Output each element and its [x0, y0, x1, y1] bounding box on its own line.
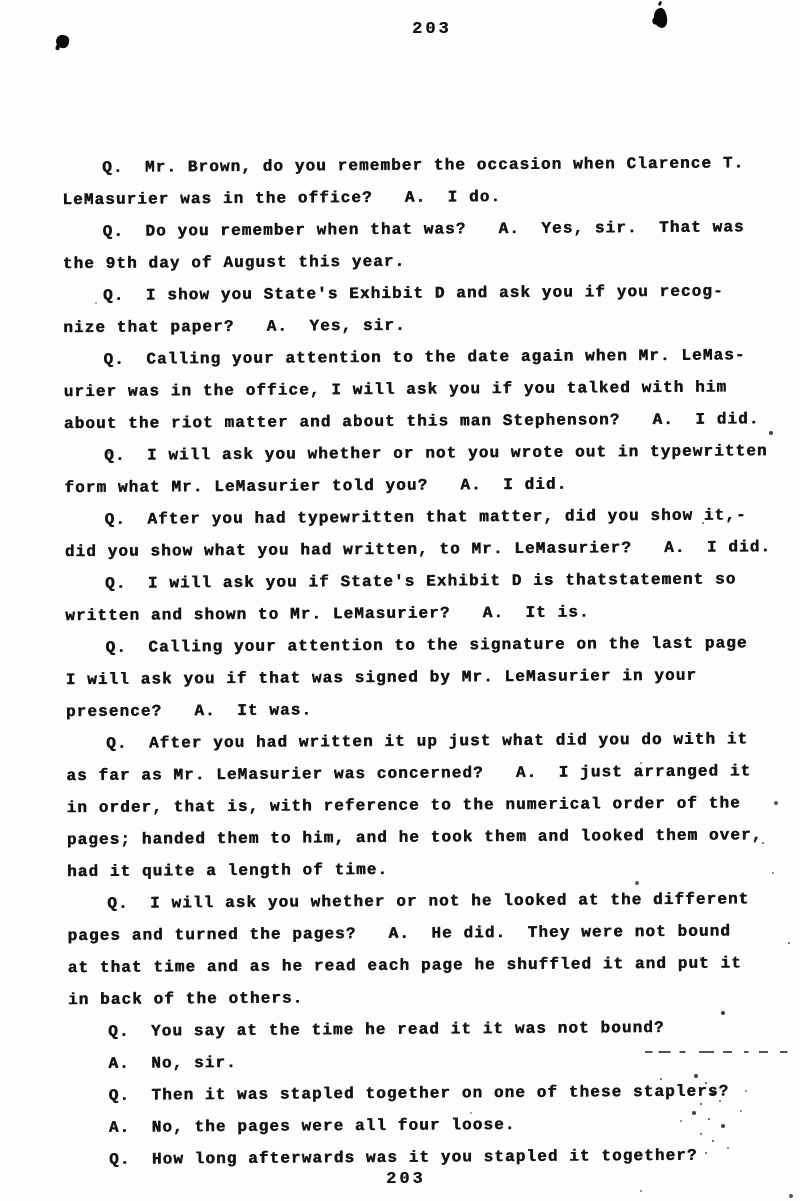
scan-noise — [0, 0, 2, 2]
transcript-line: about the riot matter and about this man… — [64, 403, 776, 440]
transcript-line: Q. You say at the time he read it it was… — [68, 1011, 780, 1048]
transcript-line: Q. Calling your attention to the signatu… — [65, 627, 777, 664]
transcript-line: did you show what you had written, to Mr… — [65, 531, 777, 568]
transcript-line: Q. I will ask you whether or not he look… — [67, 883, 779, 920]
transcript-line: presence? A. It was. — [66, 691, 778, 728]
transcript-line: at that time and as he read each page he… — [68, 947, 780, 984]
transcript-line: Q. I will ask you whether or not you wro… — [64, 435, 776, 472]
transcript-line: had it quite a length of time. — [67, 851, 779, 888]
transcript-line: LeMasurier was in the office? A. I do. — [62, 179, 774, 216]
transcript-line: in back of the others. — [68, 979, 780, 1016]
ink-smudge-icon — [653, 7, 668, 28]
transcript-line: nize that paper? A. Yes, sir. — [63, 307, 775, 344]
transcript-line: form what Mr. LeMasurier told you? A. I … — [64, 467, 776, 504]
transcript-line: the 9th day of August this year. — [63, 243, 775, 280]
transcript-line: as far as Mr. LeMasurier was concerned? … — [66, 755, 778, 792]
page-number-bottom: 203 — [386, 1170, 426, 1189]
transcript-line: Q. Then it was stapled together on one o… — [68, 1075, 780, 1112]
transcript-line: Q. I show you State's Exhibit D and ask … — [63, 275, 775, 312]
transcript-line: I will ask you if that was signed by Mr.… — [66, 659, 778, 696]
transcript-line: A. No, sir. — [68, 1043, 780, 1080]
transcript-line: written and shown to Mr. LeMasurier? A. … — [65, 595, 777, 632]
transcript-line: Q. After you had written it up just what… — [66, 723, 778, 760]
transcript-line: pages and turned the pages? A. He did. T… — [67, 915, 779, 952]
transcript-body: Q. Mr. Brown, do you remember the occasi… — [62, 147, 781, 1176]
transcript-line: Q. I will ask you if State's Exhibit D i… — [65, 563, 777, 600]
transcript-line: A. No, the pages were all four loose. — [69, 1107, 781, 1144]
transcript-line: Q. Do you remember when that was? A. Yes… — [62, 211, 774, 248]
page-number-top: 203 — [412, 20, 452, 39]
transcript-line: in order, that is, with reference to the… — [66, 787, 778, 824]
document-page: 203 Q. Mr. Brown, do you remember the oc… — [0, 0, 800, 1201]
transcript-line: Q. After you had typewritten that matter… — [64, 499, 776, 536]
transcript-line: Q. Mr. Brown, do you remember the occasi… — [62, 147, 774, 184]
transcript-line: pages; handed them to him, and he took t… — [67, 819, 779, 856]
transcript-line: Q. Calling your attention to the date ag… — [63, 339, 775, 376]
ink-blot-icon — [55, 34, 70, 49]
transcript-line: urier was in the office, I will ask you … — [64, 371, 776, 408]
